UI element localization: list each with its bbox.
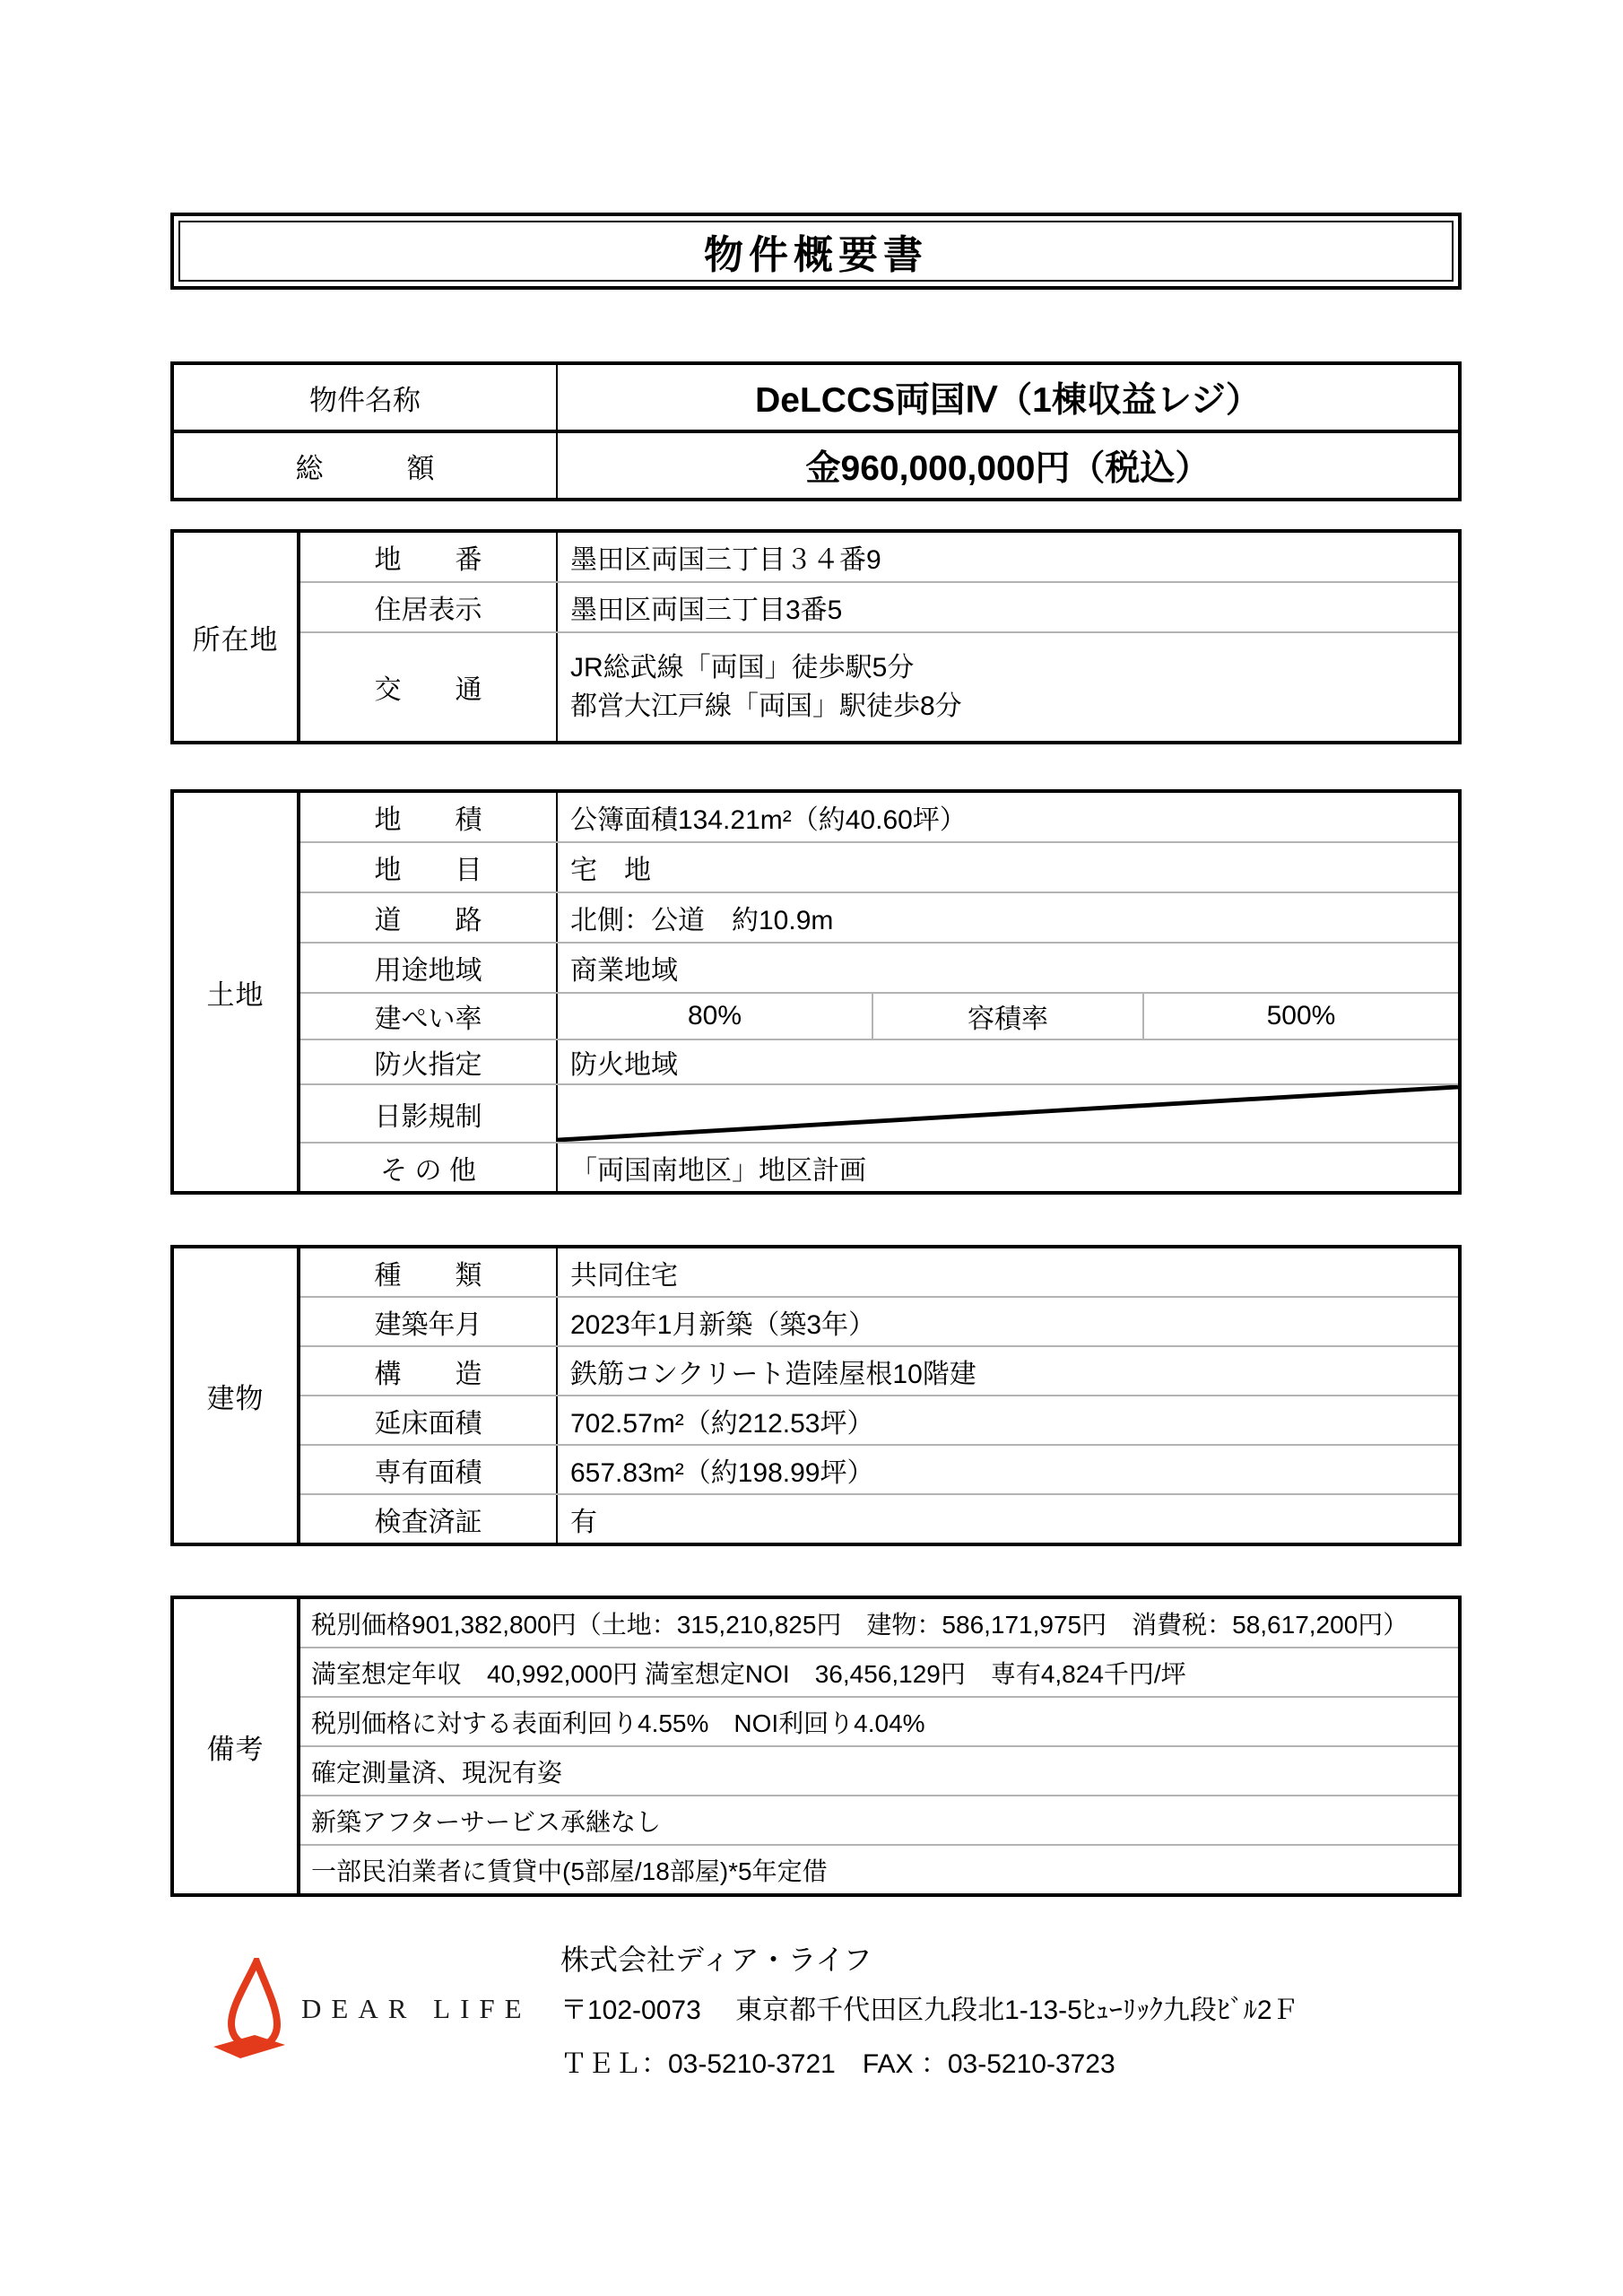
total-price-value: 金960,000,000円（税込）: [558, 433, 1458, 498]
property-summary-document: 物件概要書 物件名称 DeLCCS両国Ⅳ（1棟収益レジ） 総 額 金960,00…: [0, 0, 1623, 2296]
table-row-transportation: 交 通 JR総武線「両国」徒歩駅5分 都営大江戸線「両国」駅徒歩8分: [300, 633, 1458, 741]
row-label: そ の 他: [300, 1144, 558, 1191]
transport-line-2: 都営大江戸線「両国」駅徒歩8分: [570, 687, 962, 726]
row-value: 702.57m²（約212.53坪）: [558, 1396, 1458, 1444]
row-value: 公簿面積134.21m²（約40.60坪）: [558, 793, 1458, 841]
remarks-table: 備考 税別価格901,382,800円（土地：315,210,825円 建物：5…: [170, 1596, 1462, 1897]
table-row-shadow-regulation: 日影規制: [300, 1085, 1458, 1144]
row-label: 交 通: [300, 633, 558, 741]
summary-table: 物件名称 DeLCCS両国Ⅳ（1棟収益レジ） 総 額 金960,000,000円…: [170, 361, 1462, 501]
row-value: 657.83m²（約198.99坪）: [558, 1446, 1458, 1493]
row-value: 鉄筋コンクリート造陸屋根10階建: [558, 1347, 1458, 1395]
row-label: 総 額: [174, 433, 558, 498]
table-row-address-display: 住居表示 墨田区両国三丁目3番5: [300, 583, 1458, 633]
row-value: 防火地域: [558, 1040, 1458, 1083]
row-label: 道 路: [300, 893, 558, 942]
location-rows: 地 番 墨田区両国三丁目３４番9 住居表示 墨田区両国三丁目3番5 交 通 JR…: [300, 533, 1458, 741]
table-row-fire-zone: 防火指定 防火地域: [300, 1040, 1458, 1085]
remark-line-survey: 確定測量済、現況有姿: [300, 1747, 1458, 1796]
row-value: 商業地域: [558, 944, 1458, 992]
document-title-inner-border: 物件概要書: [178, 221, 1454, 282]
table-row-building-type: 種 類 共同住宅: [300, 1248, 1458, 1298]
row-label: 専有面積: [300, 1446, 558, 1493]
property-name-value: DeLCCS両国Ⅳ（1棟収益レジ）: [558, 365, 1458, 430]
remarks-rows: 税別価格901,382,800円（土地：315,210,825円 建物：586,…: [300, 1599, 1458, 1893]
page-title: 物件概要書: [704, 222, 928, 280]
group-label-building: 建物: [174, 1248, 300, 1543]
remark-line-price-breakdown: 税別価格901,382,800円（土地：315,210,825円 建物：586,…: [300, 1599, 1458, 1648]
remark-line-yield: 税別価格に対する表面利回り4.55% NOI利回り4.04%: [300, 1698, 1458, 1747]
table-row-coverage-ratio: 建ぺい率 80% 容積率 500%: [300, 994, 1458, 1040]
row-value: 共同住宅: [558, 1248, 1458, 1296]
table-row-structure: 構 造 鉄筋コンクリート造陸屋根10階建: [300, 1347, 1458, 1396]
table-row-zoning: 用途地域 商業地域: [300, 944, 1458, 994]
table-row-property-name: 物件名称 DeLCCS両国Ⅳ（1棟収益レジ）: [174, 365, 1458, 433]
row-label: 延床面積: [300, 1396, 558, 1444]
floor-area-ratio-label: 容積率: [872, 994, 1144, 1039]
row-label: 防火指定: [300, 1040, 558, 1083]
row-value: 墨田区両国三丁目３４番9: [558, 533, 1458, 581]
row-value: 宅 地: [558, 843, 1458, 891]
row-label: 建ぺい率: [300, 994, 558, 1039]
table-row-exclusive-area: 専有面積 657.83m²（約198.99坪）: [300, 1446, 1458, 1495]
row-label: 種 類: [300, 1248, 558, 1296]
row-label: 地 目: [300, 843, 558, 891]
land-rows: 地 積 公簿面積134.21m²（約40.60坪） 地 目 宅 地 道 路 北側…: [300, 793, 1458, 1191]
company-tel-fax: ＴＥＬ：03-5210-3721 FAX ：03-5210-3723: [560, 2041, 1115, 2081]
transport-line-1: JR総武線「両国」徒歩駅5分: [570, 648, 914, 688]
company-name: 株式会社ディア・ライフ: [560, 1937, 872, 1979]
group-label-land: 土地: [174, 793, 300, 1191]
row-label: 住居表示: [300, 583, 558, 631]
table-row-land-area: 地 積 公簿面積134.21m²（約40.60坪）: [300, 793, 1458, 843]
table-row-other: そ の 他 「両国南地区」地区計画: [300, 1144, 1458, 1191]
coverage-ratio-value: 80%: [558, 994, 872, 1039]
location-table: 所在地 地 番 墨田区両国三丁目３４番9 住居表示 墨田区両国三丁目3番5 交 …: [170, 529, 1462, 744]
diagonal-strike-icon: [558, 1085, 1458, 1142]
row-label: 地 積: [300, 793, 558, 841]
row-label: 用途地域: [300, 944, 558, 992]
logo-wordmark: DEAR LIFE: [301, 1993, 532, 2025]
remark-line-after-service: 新築アフターサービス承継なし: [300, 1796, 1458, 1846]
remark-line-income: 満室想定年収 40,992,000円 満室想定NOI 36,456,129円 専…: [300, 1648, 1458, 1698]
row-label: 建築年月: [300, 1298, 558, 1345]
row-label: 地 番: [300, 533, 558, 581]
group-label-location: 所在地: [174, 533, 300, 741]
row-label: 検査済証: [300, 1495, 558, 1543]
row-label: 構 造: [300, 1347, 558, 1395]
building-rows: 種 類 共同住宅 建築年月 2023年1月新築（築3年） 構 造 鉄筋コンクリー…: [300, 1248, 1458, 1543]
row-value: 2023年1月新築（築3年）: [558, 1298, 1458, 1345]
table-row-road: 道 路 北側：公道 約10.9m: [300, 893, 1458, 944]
row-value-strikethrough: [558, 1085, 1458, 1142]
row-label: 物件名称: [174, 365, 558, 430]
document-title-box: 物件概要書: [170, 213, 1462, 290]
table-row-land-category: 地 目 宅 地: [300, 843, 1458, 893]
row-value: 「両国南地区」地区計画: [558, 1144, 1458, 1191]
land-table: 土地 地 積 公簿面積134.21m²（約40.60坪） 地 目 宅 地 道 路…: [170, 789, 1462, 1195]
building-table: 建物 種 類 共同住宅 建築年月 2023年1月新築（築3年） 構 造 鉄筋コン…: [170, 1245, 1462, 1546]
table-row-built-date: 建築年月 2023年1月新築（築3年）: [300, 1298, 1458, 1347]
table-row-total-price: 総 額 金960,000,000円（税込）: [174, 433, 1458, 498]
dear-life-logo-icon: [208, 1958, 298, 2058]
table-row-inspection-certificate: 検査済証 有: [300, 1495, 1458, 1543]
row-value: 有: [558, 1495, 1458, 1543]
row-value: 墨田区両国三丁目3番5: [558, 583, 1458, 631]
company-address: 〒102-0073 東京都千代田区九段北1-13-5ﾋｭｰﾘｯｸ九段ﾋﾞﾙ2Ｆ: [560, 1987, 1299, 2027]
row-value: 北側：公道 約10.9m: [558, 893, 1458, 942]
remark-line-lease: 一部民泊業者に賃貸中(5部屋/18部屋)*5年定借: [300, 1846, 1458, 1893]
table-row-lot-number: 地 番 墨田区両国三丁目３４番9: [300, 533, 1458, 583]
group-label-remarks: 備考: [174, 1599, 300, 1893]
table-row-gross-floor-area: 延床面積 702.57m²（約212.53坪）: [300, 1396, 1458, 1446]
floor-area-ratio-value: 500%: [1144, 994, 1458, 1039]
row-value: JR総武線「両国」徒歩駅5分 都営大江戸線「両国」駅徒歩8分: [558, 633, 1458, 741]
row-label: 日影規制: [300, 1085, 558, 1142]
